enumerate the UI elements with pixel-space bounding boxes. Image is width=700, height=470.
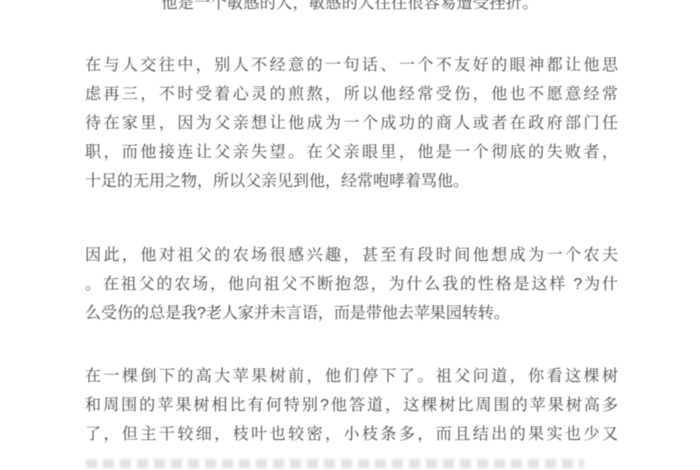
text-line: 待在家里，因为父亲想让他成为一个成功的商人或者在政府部门任 [85,109,618,138]
text-line: 因此，他对祖父的农场很感兴趣，甚至有段时间他想成为一个农夫 [85,241,618,270]
text-line: 在一棵倒下的高大苹果树前，他们停下了。祖父问道，你看这棵树 [85,362,618,391]
text-line: 虑再三，不时受着心灵的煎熬，所以他经常受伤，他也不愿意经常 [85,80,618,109]
paragraph-1: 在与人交往中，别人不经意的一句话、一个不友好的眼神都让他思 虑再三，不时受着心灵… [85,51,618,196]
clipped-top-text-line: 他是一个敏感的人，敏感的人往往很容易遭受挫折。 [0,0,700,14]
text-line: 十足的无用之物，所以父亲见到他，经常咆哮着骂他。 [85,167,618,196]
text-line: 了，但主干较细，枝叶也较密，小枝条多，而且结出的果实也少又 [85,420,618,449]
paragraph-2: 因此，他对祖父的农场很感兴趣，甚至有段时间他想成为一个农夫 。在祖父的农场，他向… [85,241,618,328]
text-line: 在与人交往中，别人不经意的一句话、一个不友好的眼神都让他思 [85,51,618,80]
clipped-bottom-text-line [86,459,584,468]
document-page: 他是一个敏感的人，敏感的人往往很容易遭受挫折。 在与人交往中，别人不经意的一句话… [0,0,700,470]
text-line: 。在祖父的农场，他向祖父不断抱怨，为什么我的性格是这样 ?为什 [85,270,618,299]
paragraph-3: 在一棵倒下的高大苹果树前，他们停下了。祖父问道，你看这棵树 和周围的苹果树相比有… [85,362,618,449]
text-line: 么受伤的总是我?老人家并未言语，而是带他去苹果园转转。 [85,299,618,328]
text-line: 职，而他接连让父亲失望。在父亲眼里，他是一个彻底的失败者， [85,138,618,167]
text-line: 和周围的苹果树相比有何特别?他答道，这棵树比周围的苹果树高多 [85,391,618,420]
